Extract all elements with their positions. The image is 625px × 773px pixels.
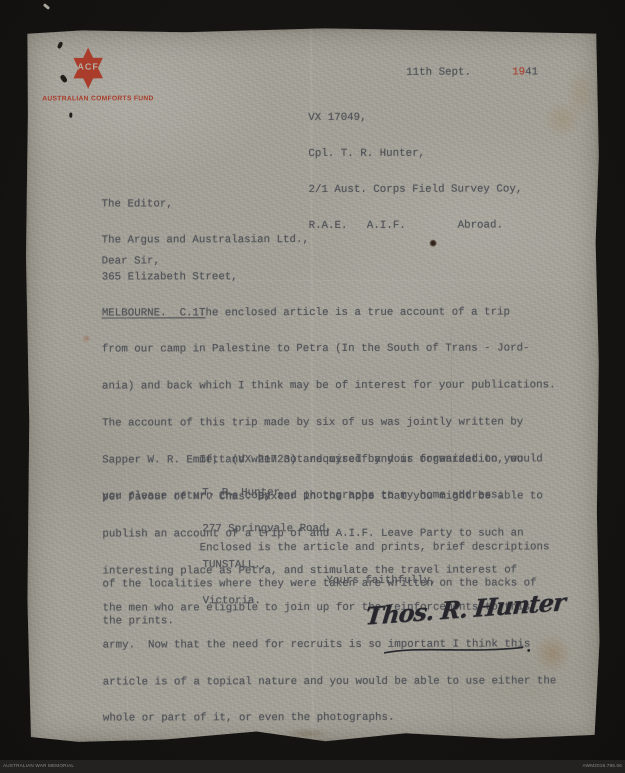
paper-speck xyxy=(59,74,68,83)
archive-name-label: AUSTRALIAN WAR MEMORIAL xyxy=(3,763,74,768)
paper-stain xyxy=(82,335,91,343)
scan-background: ACF AUSTRALIAN COMFORTS FUND 11th Sept. … xyxy=(0,0,625,773)
typed-line: Enclosed is the article and prints, brie… xyxy=(102,541,549,554)
archive-id-label: AWM2019.785.06 xyxy=(583,763,622,768)
typed-line: T. R. Hunter, xyxy=(202,488,332,500)
typed-line: ania) and back which I think may be of i… xyxy=(102,380,556,393)
paper-speck xyxy=(69,113,72,118)
letter-date-year: 1941 xyxy=(512,66,538,78)
archive-label-strip: AUSTRALIAN WAR MEMORIAL AWM2019.785.06 xyxy=(0,760,625,773)
printed-year-prefix: 19 xyxy=(512,66,525,78)
typed-line: Cpl. T. R. Hunter, xyxy=(308,148,522,160)
typed-line: The enclosed article is a true account o… xyxy=(102,306,556,319)
typed-line: VX 17049, xyxy=(308,112,522,124)
typed-line: The Editor, xyxy=(102,198,309,211)
salutation: Dear Sir, xyxy=(102,255,160,267)
letter-page: ACF AUSTRALIAN COMFORTS FUND 11th Sept. … xyxy=(25,27,601,743)
typed-year-suffix: 41 xyxy=(525,66,538,78)
sender-address-block: VX 17049, Cpl. T. R. Hunter, 2/1 Aust. C… xyxy=(308,87,522,257)
acf-monogram: ACF xyxy=(71,62,105,72)
letter-date: 11th Sept. xyxy=(406,67,471,79)
border-scratch-mark xyxy=(43,3,50,10)
signature-underline-flourish xyxy=(383,642,543,656)
organisation-name: AUSTRALIAN COMFORTS FUND xyxy=(42,95,167,102)
closing-valediction: Yours faithfully, xyxy=(326,575,436,588)
typed-line: 2/1 Aust. Corps Field Survey Coy, xyxy=(308,184,522,196)
acf-star-logo-icon: ACF xyxy=(71,48,105,89)
typed-line: R.A.E. A.I.F. Abroad. xyxy=(309,221,523,233)
typed-line: article is of a topical nature and you w… xyxy=(103,675,557,688)
typed-line: from our camp in Palestine to Petra (In … xyxy=(102,343,556,356)
paper-speck xyxy=(57,41,64,49)
typed-line: whole or part of it, or even the photogr… xyxy=(103,712,557,725)
typed-line: The Argus and Australasian Ltd., xyxy=(102,234,309,247)
paper-stain xyxy=(565,67,595,119)
